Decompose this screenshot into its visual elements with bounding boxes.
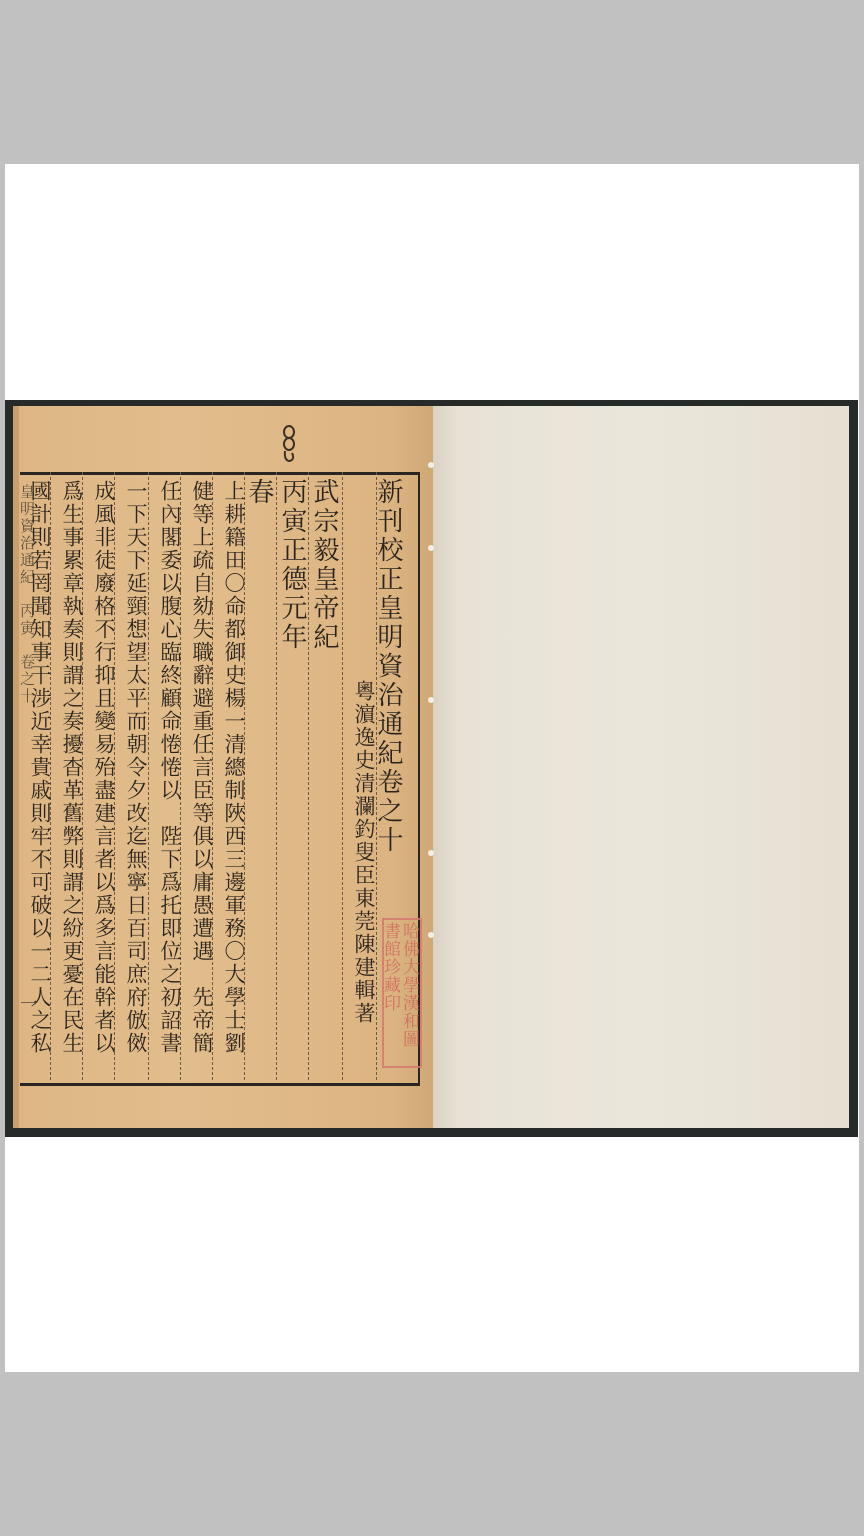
season-heading: 春: [245, 478, 273, 507]
body-column: 上耕籍田〇命都御史楊一清總制陜西三邊軍務〇大學士劉: [220, 480, 248, 1055]
body-column: 健等上疏自劾失職辭避重任言臣等俱以庸愚遭遇 先帝簡: [188, 480, 216, 1055]
stitch-hole: [428, 932, 434, 938]
year-heading: 丙寅正德元年: [278, 478, 306, 652]
column-rule: [342, 472, 343, 1080]
fishtail-mark-icon: [282, 425, 296, 465]
page-number: 一: [20, 990, 38, 1016]
body-column: 任內閣委以腹心臨終顧命惓惓以 陛下爲托即位之初詔書: [156, 480, 184, 1055]
volume-title: 新刊校正皇明資治通紀卷之十: [374, 478, 402, 855]
stitch-hole: [428, 850, 434, 856]
stitch-hole: [428, 545, 434, 551]
author-line: 粵濵逸史清瀾釣叟臣東莞陳建輯著: [350, 680, 378, 1025]
stitch-hole: [428, 697, 434, 703]
right-page-blank: [433, 406, 849, 1128]
body-column: 爲生事累章執奏則謂之奏擾杳革舊弊則謂之紛更憂在民生: [58, 480, 86, 1055]
stitch-hole: [428, 462, 434, 468]
library-seal: 哈佛大學漢和圖書館珍藏印: [382, 918, 422, 1068]
margin-title: 皇明資治通紀 丙寅 卷之十: [17, 484, 38, 705]
body-column: 成風非徒廢格不行抑且變易殆盡建言者以爲多言能幹者以: [90, 480, 118, 1055]
reign-heading: 武宗毅皇帝紀: [310, 478, 338, 652]
body-column: 一下天下延頸想望太平而朝令夕改迄無寧日百司庶府倣傚: [122, 480, 150, 1055]
